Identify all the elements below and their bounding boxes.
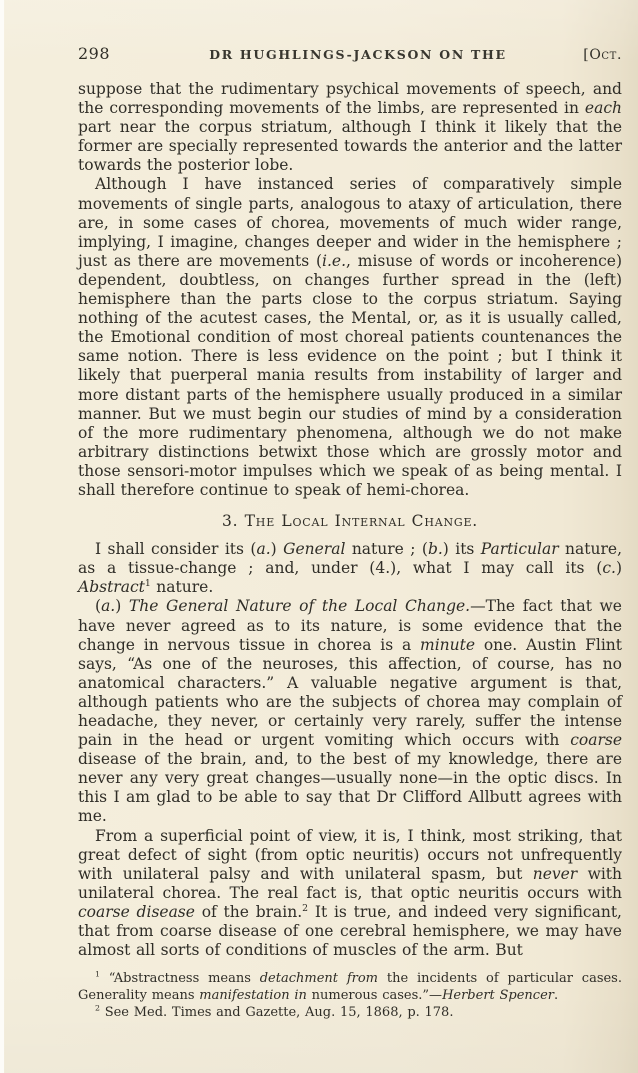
page-body: suppose that the rudimentary psychical m… xyxy=(78,80,622,1022)
scanned-journal-page: 298 DR HUGHLINGS-JACKSON ON THE [Oct. su… xyxy=(0,0,638,1073)
section-heading: 3. The Local Internal Change. xyxy=(78,512,622,531)
paragraph-4: (a.) The General Nature of the Local Cha… xyxy=(78,597,622,826)
paragraph-5: From a superficial point of view, it is,… xyxy=(78,827,622,961)
footnote-1: 1 “Abstractness means detachment from th… xyxy=(78,971,622,1005)
paragraph-2: Although I have instanced series of comp… xyxy=(78,175,622,500)
issue-label: [Oct. xyxy=(558,47,622,63)
footnotes: 1 “Abstractness means detachment from th… xyxy=(78,971,622,1021)
running-title: DR HUGHLINGS-JACKSON ON THE xyxy=(158,47,558,62)
paragraph-3: I shall consider its (a.) General nature… xyxy=(78,540,622,597)
scan-left-edge xyxy=(0,0,4,1073)
paragraph-1: suppose that the rudimentary psychical m… xyxy=(78,80,622,175)
page-number: 298 xyxy=(78,44,158,63)
footnote-2: 2 See Med. Times and Gazette, Aug. 15, 1… xyxy=(78,1005,622,1022)
running-head: 298 DR HUGHLINGS-JACKSON ON THE [Oct. xyxy=(78,0,622,63)
